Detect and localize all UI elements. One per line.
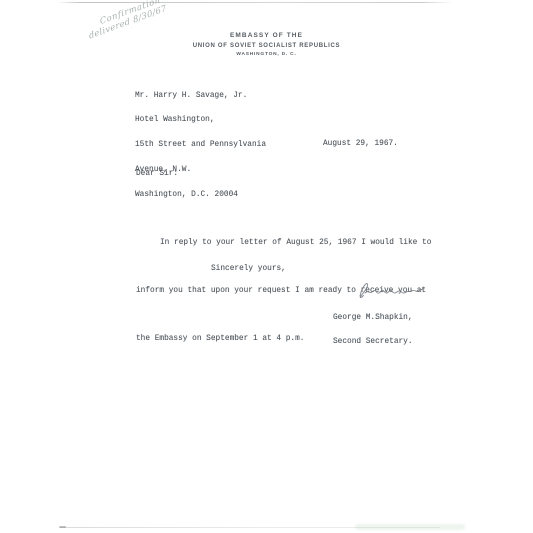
closing-phrase: Sincerely yours, [211,265,286,273]
signer-name: George M.Shapkin, [333,314,413,322]
recipient-address-block: Mr. Harry H. Savage, Jr. Hotel Washingto… [135,75,266,216]
paper-corner-mark [59,526,66,528]
letterhead-line-3: WASHINGTON, D. C. [0,52,533,57]
letterhead-line-2: UNION OF SOVIET SOCIALIST REPUBLICS [0,43,533,49]
letterhead-line-1: EMBASSY OF THE [0,32,533,39]
recipient-address: 15th Street and Pennsylvania [135,141,266,149]
paper-bottom-edge [60,527,440,528]
signer-title: Second Secretary. [333,338,413,346]
signature-block: George M.Shapkin, Second Secretary. [333,297,413,363]
salutation: Dear Sir: [136,170,178,178]
letter-date: August 29, 1967. [323,140,398,148]
scanned-letter-page: Confirmation delivered 8/30/67 EMBASSY O… [0,0,533,533]
recipient-address: Hotel Washington, [135,116,266,124]
paper-top-edge [57,2,453,3]
recipient-address: Washington, D.C. 20004 [135,191,266,199]
recipient-name: Mr. Harry H. Savage, Jr. [135,92,266,100]
body-line: In reply to your letter of August 25, 19… [136,235,431,251]
embassy-letterhead: EMBASSY OF THE UNION OF SOVIET SOCIALIST… [0,32,533,57]
